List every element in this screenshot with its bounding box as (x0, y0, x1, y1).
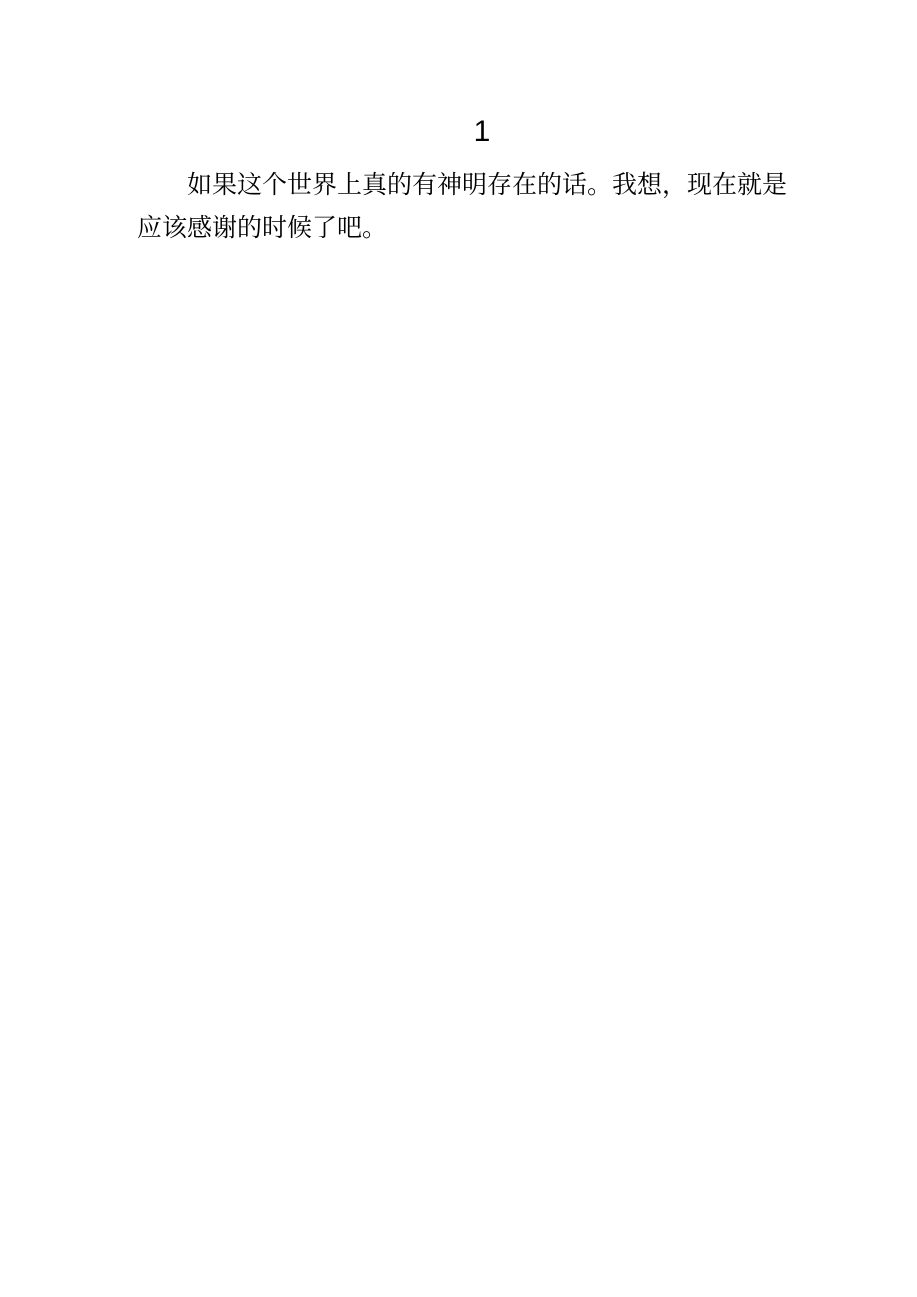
paragraph-line-1: 如果这个世界上真的有神明存在的话。我想，现在就是 (137, 164, 779, 207)
paragraph-line-2: 应该感谢的时候了吧。 (137, 207, 779, 250)
section-number: 1 (0, 116, 917, 148)
document-page: 1 如果这个世界上真的有神明存在的话。我想，现在就是 应该感谢的时候了吧。 (0, 0, 917, 1297)
paragraph: 如果这个世界上真的有神明存在的话。我想，现在就是 应该感谢的时候了吧。 (137, 164, 779, 250)
